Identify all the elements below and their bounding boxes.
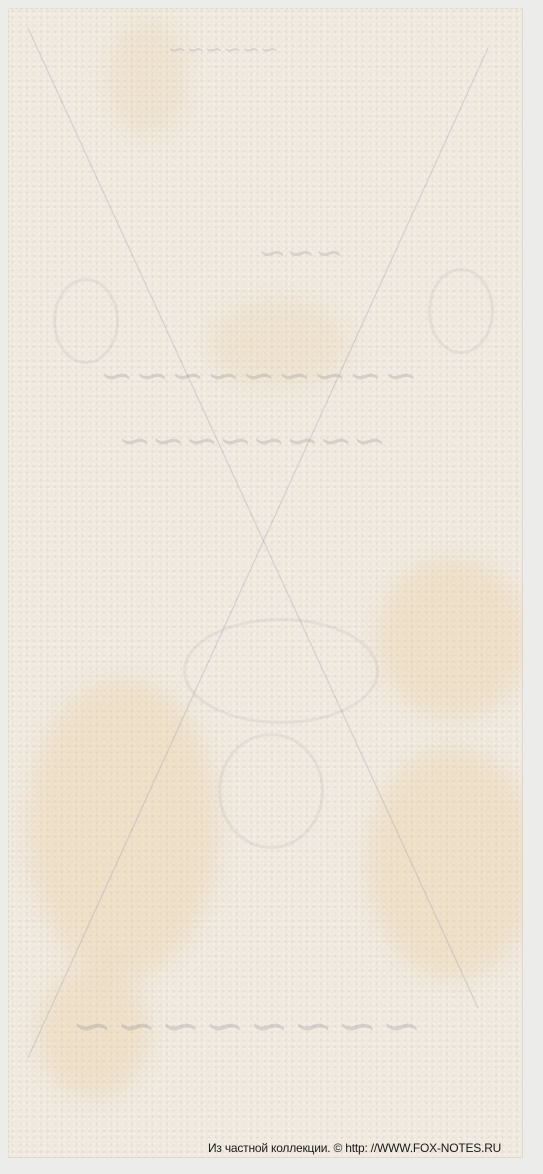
collection-caption: Из частной коллекции. © http: //WWW.FOX-… xyxy=(208,1141,501,1155)
show-through-emblem xyxy=(183,618,379,724)
show-through-footer: ~~~~~~~~ xyxy=(68,998,422,1054)
show-through-word: ~~~ xyxy=(258,233,343,273)
show-through-emblem xyxy=(218,733,324,849)
show-through-ornament xyxy=(428,268,494,354)
banknote-reverse: ~~~~~~ ~~~ ~~~~~~~~~ ~~~~~~~~ ~~~~~~~~ И… xyxy=(8,8,523,1158)
show-through-title: ~~~~~~~~ xyxy=(118,418,386,464)
show-through-title: ~~~~~~~~~ xyxy=(98,353,418,399)
fold-cross-lines xyxy=(8,8,523,1158)
show-through-header: ~~~~~~ xyxy=(168,38,279,63)
show-through-ornament xyxy=(53,278,119,364)
